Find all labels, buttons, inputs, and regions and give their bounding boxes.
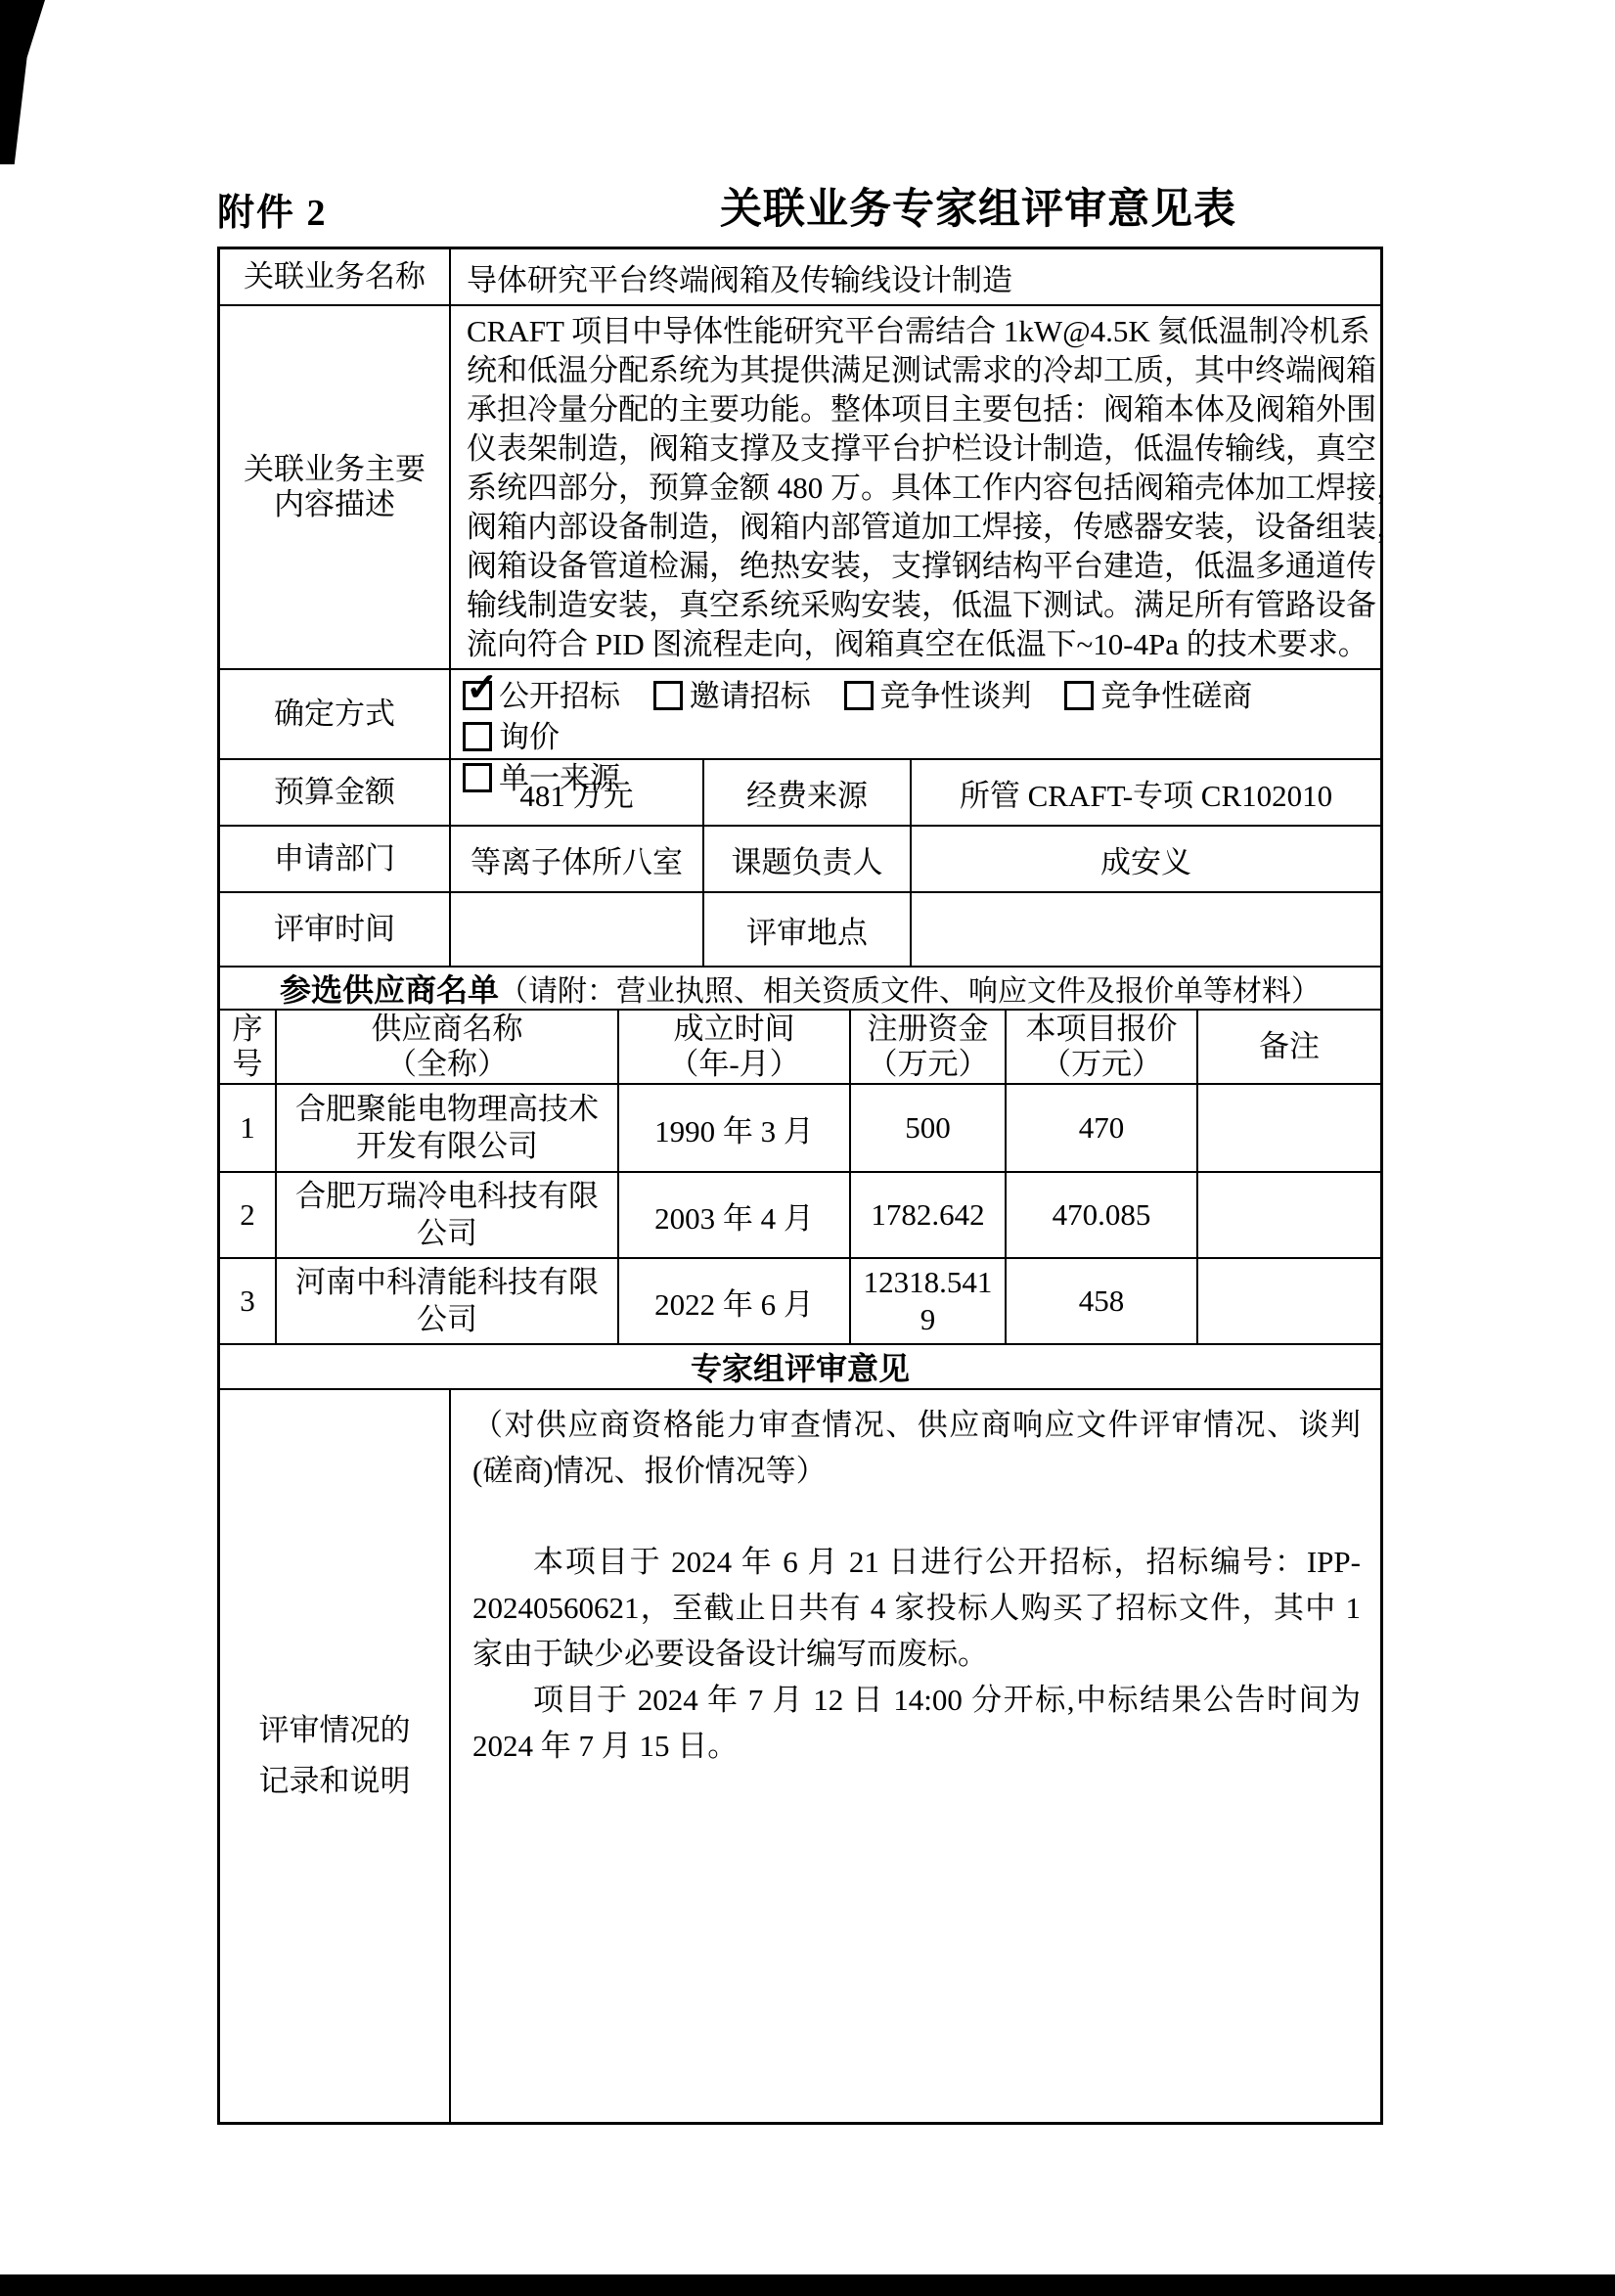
description-label: 关联业务主要 内容描述	[220, 306, 451, 668]
col-header-note: 备注	[1198, 1011, 1380, 1083]
method-options: 公开招标 邀请招标 竞争性谈判 竞争性磋商 询价 单一来源	[451, 670, 1380, 758]
option-public-bidding: 公开招标	[463, 679, 620, 713]
checkbox-icon	[463, 722, 492, 751]
description-line: 流向符合 PID 图流程走向，阀箱真空在低温下~10-4Pa 的技术要求。	[467, 625, 1407, 664]
opinion-hint: （对供应商资格能力审查情况、供应商响应文件评审情况、谈判(磋商)情况、报价情况等…	[472, 1402, 1361, 1494]
supplier-name: 合肥万瑞冷电科技有限公司	[277, 1173, 619, 1257]
checkbox-icon	[1064, 681, 1094, 710]
option-competitive-negotiation: 竞争性谈判	[844, 679, 1032, 713]
attachment-label: 附件 2	[217, 182, 328, 236]
description-line: 输线制造安装，真空系统采购安装，低温下测试。满足所有管路设备	[467, 586, 1407, 625]
checkbox-checked-icon	[463, 681, 492, 710]
opinion-content: （对供应商资格能力审查情况、供应商响应文件评审情况、谈判(磋商)情况、报价情况等…	[451, 1390, 1380, 2122]
supplier-founded: 1990 年 3 月	[619, 1085, 851, 1171]
col-header-bid: 本项目报价 （万元）	[1007, 1011, 1198, 1083]
supplier-no: 2	[220, 1173, 277, 1257]
supplier-capital: 12318.5419	[851, 1259, 1007, 1343]
business-name-label: 关联业务名称	[220, 249, 451, 304]
supplier-section-title: 参选供应商名单	[280, 966, 499, 1011]
budget-label: 预算金额	[220, 760, 451, 825]
row-business-name: 关联业务名称 导体研究平台终端阀箱及传输线设计制造	[220, 249, 1380, 306]
supplier-bid: 470	[1007, 1085, 1198, 1171]
funding-value: 所管 CRAFT-专项 CR102010	[912, 760, 1380, 825]
review-time-label: 评审时间	[220, 893, 451, 966]
description-line: 仪表架制造，阀箱支撑及支撑平台护栏设计制造，低温传输线，真空	[467, 429, 1407, 469]
review-place-value	[912, 893, 1380, 966]
supplier-founded: 2022 年 6 月	[619, 1259, 851, 1343]
description-line: 阀箱设备管道检漏，绝热安装，支撑钢结构平台建造，低温多通道传	[467, 547, 1407, 586]
description-line: CRAFT 项目中导体性能研究平台需结合 1kW@4.5K 氦低温制冷机系	[467, 312, 1407, 351]
review-form-table: 关联业务名称 导体研究平台终端阀箱及传输线设计制造 关联业务主要 内容描述 CR…	[217, 247, 1383, 2125]
checkbox-icon	[653, 681, 683, 710]
supplier-capital: 1782.642	[851, 1173, 1007, 1257]
leader-label: 课题负责人	[704, 827, 912, 891]
supplier-row: 1 合肥聚能电物理高技术开发有限公司 1990 年 3 月 500 470	[220, 1085, 1380, 1173]
review-time-value	[451, 893, 704, 966]
description-line: 统和低温分配系统为其提供满足测试需求的冷却工质，其中终端阀箱	[467, 351, 1407, 390]
description-value: CRAFT 项目中导体性能研究平台需结合 1kW@4.5K 氦低温制冷机系 统和…	[451, 306, 1422, 668]
row-department-leader: 申请部门 等离子体所八室 课题负责人 成安义	[220, 827, 1380, 893]
row-review-time-place: 评审时间 评审地点	[220, 893, 1380, 968]
row-budget-funding: 预算金额 481 万元 经费来源 所管 CRAFT-专项 CR102010	[220, 760, 1380, 827]
department-value: 等离子体所八室	[451, 827, 704, 891]
opinion-section-title: 专家组评审意见	[220, 1345, 1380, 1388]
scanned-document-page: 附件 2 关联业务专家组评审意见表 关联业务名称 导体研究平台终端阀箱及传输线设…	[0, 0, 1615, 2296]
supplier-no: 3	[220, 1259, 277, 1343]
col-header-founded: 成立时间 （年-月）	[619, 1011, 851, 1083]
supplier-row: 3 河南中科清能科技有限公司 2022 年 6 月 12318.5419 458	[220, 1259, 1380, 1345]
scan-artifact-corner	[0, 0, 45, 164]
row-description: 关联业务主要 内容描述 CRAFT 项目中导体性能研究平台需结合 1kW@4.5…	[220, 306, 1380, 670]
review-place-label: 评审地点	[704, 893, 912, 966]
supplier-name: 合肥聚能电物理高技术开发有限公司	[277, 1085, 619, 1171]
supplier-note	[1198, 1173, 1380, 1257]
supplier-table-header: 序 号 供应商名称 （全称） 成立时间 （年-月） 注册资金 （万元） 本项目报…	[220, 1011, 1380, 1085]
row-supplier-section-title: 参选供应商名单（请附：营业执照、相关资质文件、响应文件及报价单等材料）	[220, 968, 1380, 1011]
supplier-bid: 458	[1007, 1259, 1198, 1343]
supplier-capital: 500	[851, 1085, 1007, 1171]
option-competitive-consultation: 竞争性磋商	[1064, 679, 1252, 713]
funding-label: 经费来源	[704, 760, 912, 825]
leader-value: 成安义	[912, 827, 1380, 891]
department-label: 申请部门	[220, 827, 451, 891]
supplier-no: 1	[220, 1085, 277, 1171]
supplier-row: 2 合肥万瑞冷电科技有限公司 2003 年 4 月 1782.642 470.0…	[220, 1173, 1380, 1259]
col-header-capital: 注册资金 （万元）	[851, 1011, 1007, 1083]
col-header-name: 供应商名称 （全称）	[277, 1011, 619, 1083]
record-label: 评审情况的 记录和说明	[220, 1390, 451, 2122]
opinion-paragraph: 项目于 2024 年 7 月 12 日 14:00 分开标,中标结果公告时间为 …	[472, 1677, 1361, 1769]
supplier-note	[1198, 1085, 1380, 1171]
supplier-section-note: （请附：营业执照、相关资质文件、响应文件及报价单等材料）	[499, 967, 1321, 1010]
description-line: 阀箱内部设备制造，阀箱内部管道加工焊接，传感器安装，设备组装，	[467, 508, 1407, 547]
option-invited-bidding: 邀请招标	[653, 679, 811, 713]
business-name-value: 导体研究平台终端阀箱及传输线设计制造	[451, 249, 1380, 304]
description-line: 系统四部分，预算金额 480 万。具体工作内容包括阀箱壳体加工焊接，	[467, 469, 1407, 508]
supplier-bid: 470.085	[1007, 1173, 1198, 1257]
supplier-note	[1198, 1259, 1380, 1343]
col-header-no: 序 号	[220, 1011, 277, 1083]
scan-artifact-bottom-bar	[0, 2274, 1615, 2296]
opinion-paragraph: 本项目于 2024 年 6 月 21 日进行公开招标，招标编号：IPP-2024…	[472, 1539, 1361, 1677]
row-method: 确定方式 公开招标 邀请招标 竞争性谈判 竞争性磋商 询价 单一来源	[220, 670, 1380, 760]
method-label: 确定方式	[220, 670, 451, 758]
row-opinion-section-title: 专家组评审意见	[220, 1345, 1380, 1390]
checkbox-icon	[844, 681, 874, 710]
supplier-name: 河南中科清能科技有限公司	[277, 1259, 619, 1343]
option-inquiry: 询价	[463, 720, 560, 754]
description-line: 承担冷量分配的主要功能。整体项目主要包括：阀箱本体及阀箱外围	[467, 390, 1407, 429]
checkbox-icon	[463, 763, 492, 792]
row-opinion-record: 评审情况的 记录和说明 （对供应商资格能力审查情况、供应商响应文件评审情况、谈判…	[220, 1390, 1380, 2122]
doc-title: 关联业务专家组评审意见表	[548, 176, 1409, 236]
supplier-founded: 2003 年 4 月	[619, 1173, 851, 1257]
